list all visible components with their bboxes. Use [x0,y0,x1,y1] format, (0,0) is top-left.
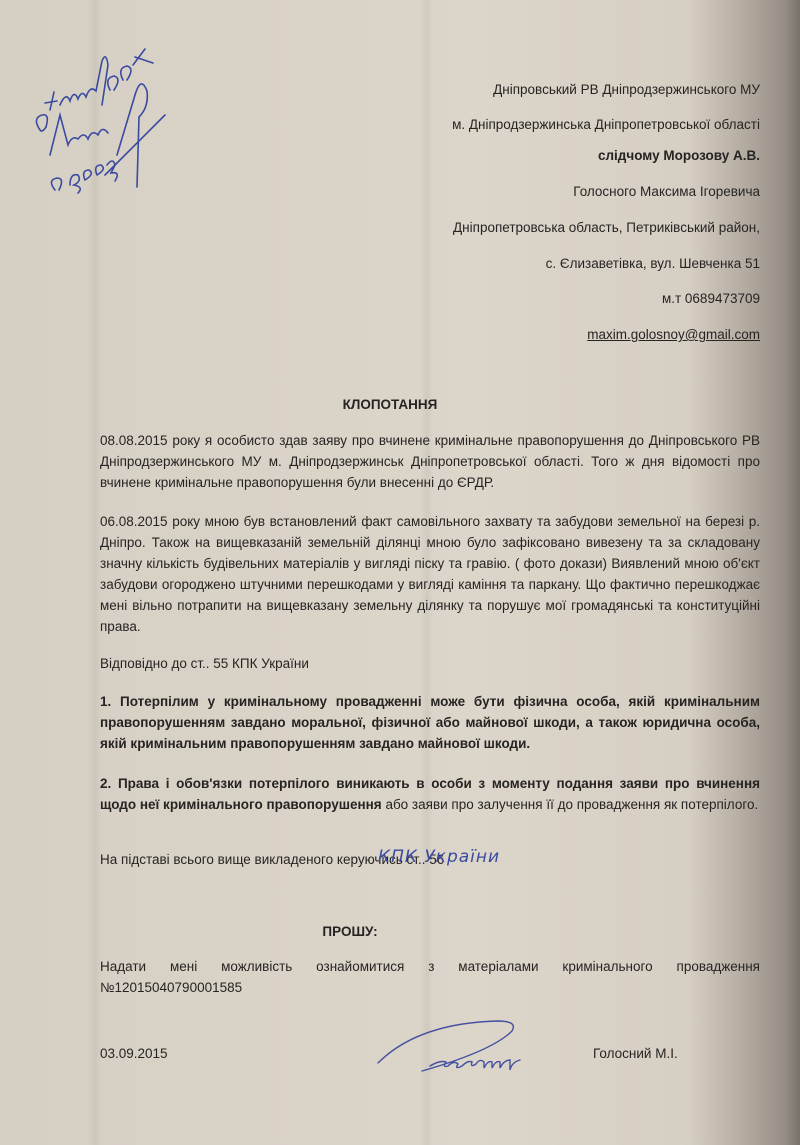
addressee-department: Дніпровський РВ Дніпродзержинського МУ [493,82,760,97]
handwritten-resolution-icon [15,15,175,195]
addressee-city: м. Дніпродзержинська Дніпропетровської о… [452,117,760,132]
request-text: Надати мені можливість ознайомитися з ма… [100,956,760,998]
basis-handwritten: КПК України [378,847,500,867]
law-item-2: 2. Права і обов'язки потерпілого виникаю… [100,773,760,815]
applicant-region: Дніпропетровська область, Петриківський … [453,220,760,235]
document-date: 03.09.2015 [100,1046,168,1061]
applicant-name: Голосного Максима Ігоревича [573,184,760,199]
law-item-2-rest: або заяви про залучення її до провадженн… [382,797,759,812]
document-title: КЛОПОТАННЯ [0,397,790,412]
applicant-email[interactable]: maxim.golosnoy@gmail.com [587,327,760,342]
applicant-street: с. Єлизаветівка, вул. Шевченка 51 [546,256,760,271]
signature-icon [370,1018,590,1078]
request-title: ПРОШУ: [0,924,750,939]
law-reference: Відповідно до ст.. 55 КПК України [100,656,309,671]
signature-name: Голосний М.І. [593,1046,678,1061]
applicant-phone: м.т 0689473709 [662,291,760,306]
paragraph-land-seizure: 06.08.2015 року мною був встановлений фа… [100,511,760,637]
paragraph-complaint-filed: 08.08.2015 року я особисто здав заяву пр… [100,430,760,493]
law-item-1: 1. Потерпілим у кримінальному провадженн… [100,691,760,754]
addressee-investigator: слідчому Морозову А.В. [598,148,760,163]
